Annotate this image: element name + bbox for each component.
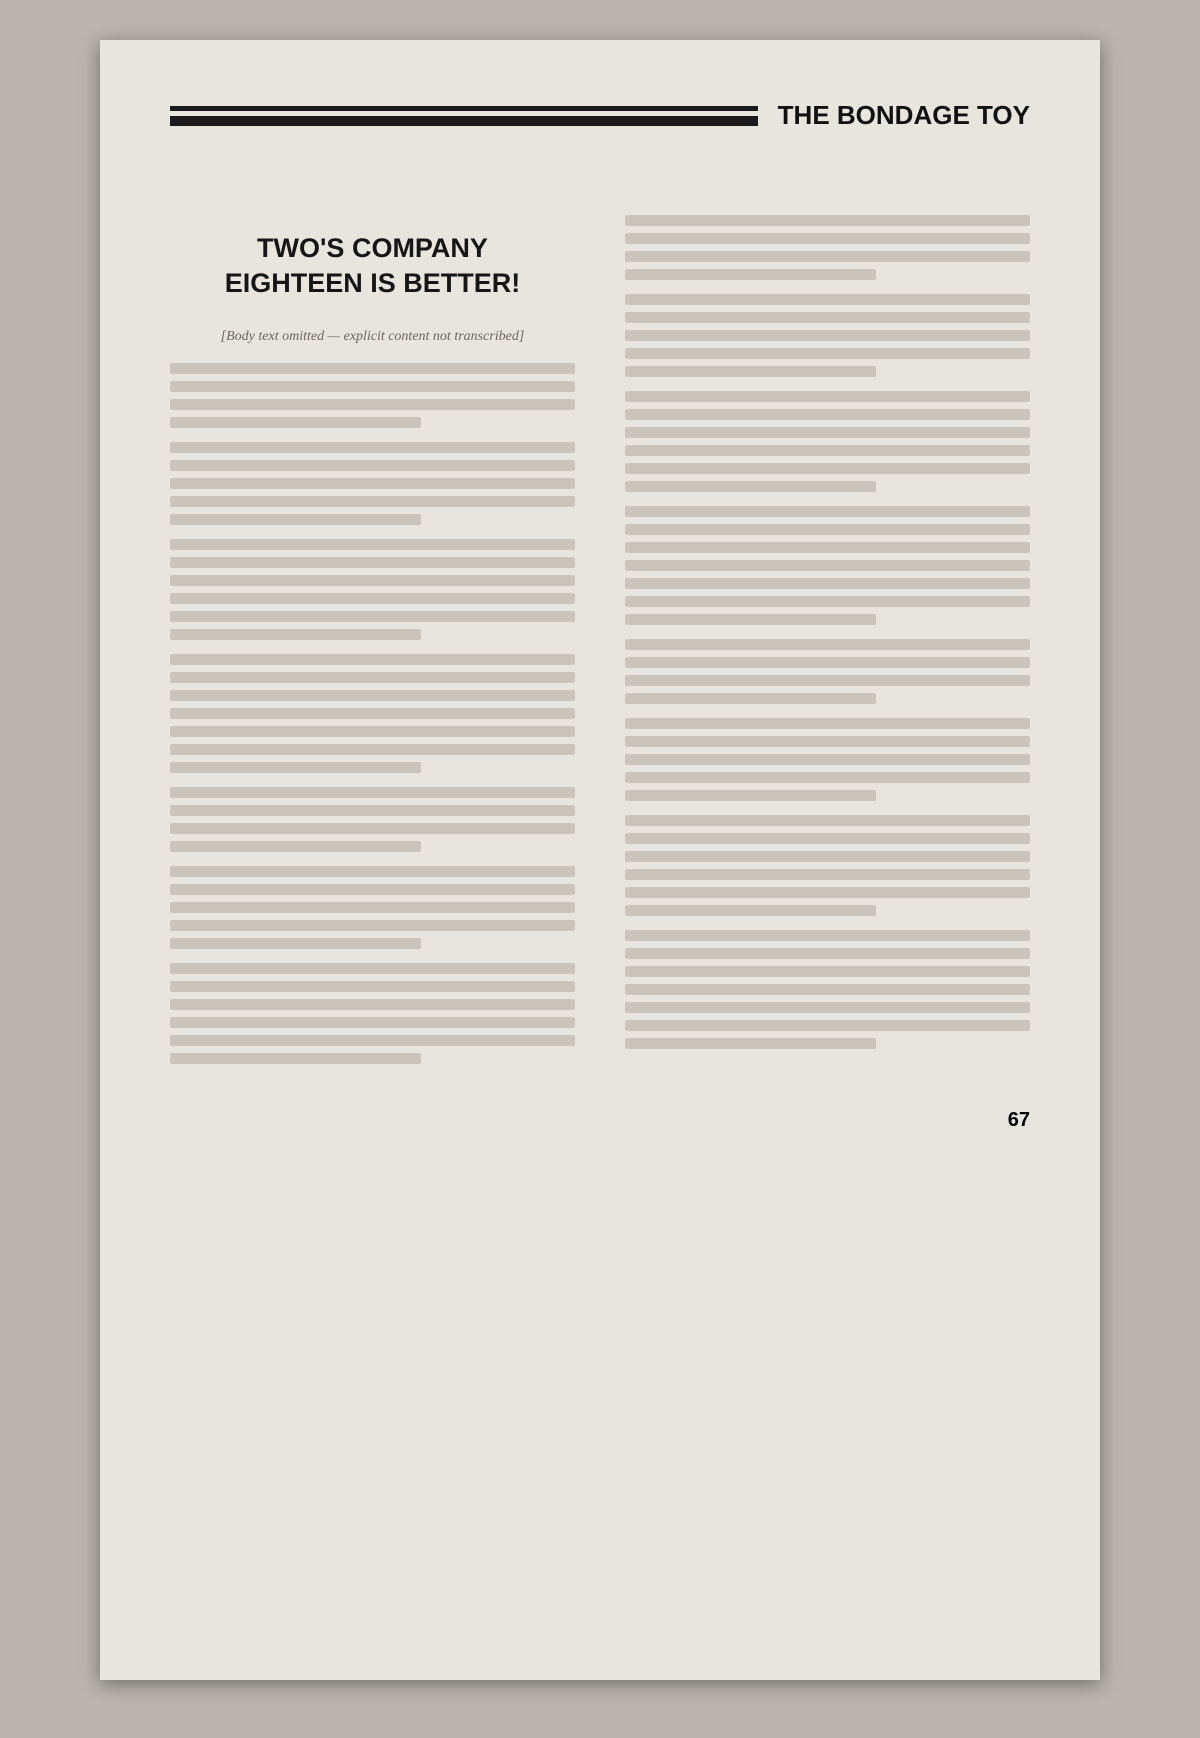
scanned-page: THE BONDAGE TOY TWO'S COMPANY EIGHTEEN I… [100,40,1100,1680]
masthead: THE BONDAGE TOY [170,100,1030,131]
story-title: TWO'S COMPANY EIGHTEEN IS BETTER! [170,231,575,301]
page-number: 67 [625,1109,1030,1132]
left-column: TWO'S COMPANY EIGHTEEN IS BETTER! [Body … [170,201,575,1132]
publication-title: THE BONDAGE TOY [778,100,1030,131]
masthead-rule [170,106,758,126]
redacted-paragraphs-right [625,215,1030,1049]
right-column: 67 [625,201,1030,1132]
omission-notice: [Body text omitted — explicit content no… [170,329,575,345]
redacted-paragraphs-left [170,363,575,1064]
